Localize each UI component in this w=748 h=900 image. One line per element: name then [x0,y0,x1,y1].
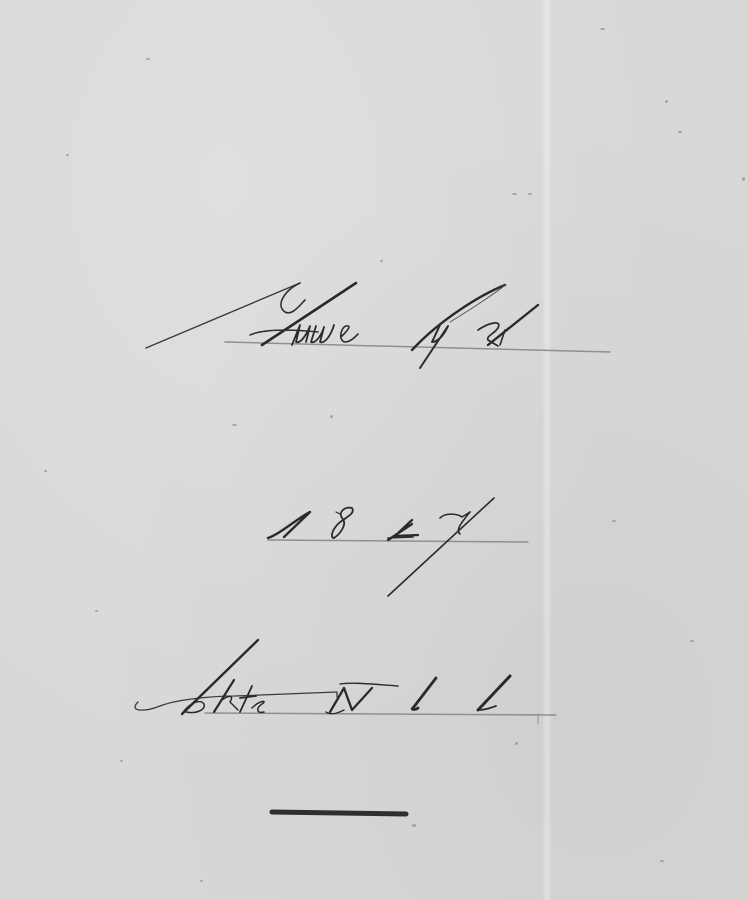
handwriting-layer [0,0,748,900]
closing-rule [272,812,406,814]
record-handwriting [135,640,556,724]
year-handwriting [268,498,528,596]
document-page: Huwelyk 1847 Akte N° 11 [0,0,748,900]
title-handwriting [146,283,610,368]
